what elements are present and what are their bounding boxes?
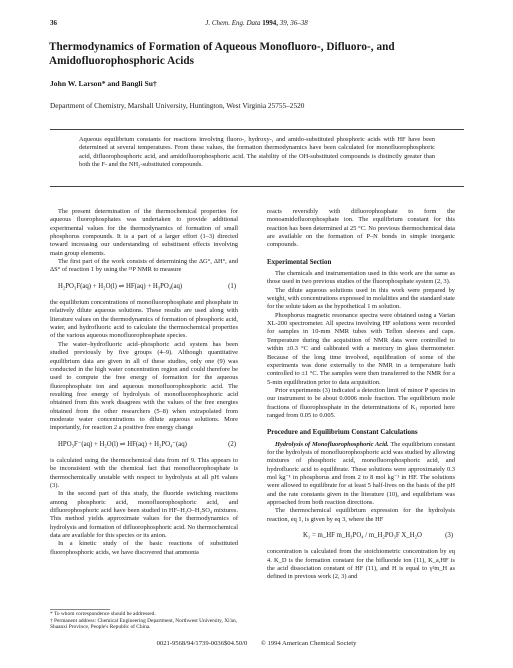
runin-heading: Hydrolysis of Monofluorophosphoric Acid. xyxy=(275,441,389,448)
equation-1: H₂PO₃F(aq) + H₂O(l) ⇌ HF(aq) + H₃PO₄(aq)… xyxy=(58,283,238,291)
paragraph: The present determination of the thermoc… xyxy=(50,208,238,258)
paragraph: The thermochemical equilibrium expressio… xyxy=(267,507,455,524)
footnote-permanent-address: † Permanent address: Chemical Engineerin… xyxy=(50,618,238,631)
paragraph: reacts reversibly with difluorophosphate… xyxy=(267,208,455,250)
journal-header: J. Chem. Eng. Data 1994, 39, 36–38 xyxy=(0,19,513,27)
authors: John W. Larson* and Bangli Su† xyxy=(50,79,157,88)
equation-number: (1) xyxy=(228,283,238,291)
paragraph: The first part of the work consists of d… xyxy=(50,258,238,275)
section-heading-procedure: Procedure and Equilibrium Constant Calcu… xyxy=(267,428,455,436)
left-column: The present determination of the thermoc… xyxy=(50,208,238,557)
abstract-bottom-rule xyxy=(50,186,464,187)
page-footer: 0021-9568/94/1739-0036$04.50/0 © 1994 Am… xyxy=(0,640,513,647)
journal-volume-pages: 39, 36–38 xyxy=(280,19,308,27)
article-title: Thermodynamics of Formation of Aqueous M… xyxy=(49,41,469,68)
paragraph-text: The equilibrium constant for the hydroly… xyxy=(267,441,455,506)
equation-body: H₂PO₃F(aq) + H₂O(l) ⇌ HF(aq) + H₃PO₄(aq) xyxy=(58,283,182,291)
abstract-top-rule xyxy=(50,129,464,130)
paragraph: the equilibrium concentrations of monofl… xyxy=(50,299,238,341)
abstract: Aqueous equilibrium constants for reacti… xyxy=(79,136,435,170)
paragraph: The dilute aqueous solutions used in thi… xyxy=(267,287,455,312)
journal-name: J. Chem. Eng. Data xyxy=(205,19,260,27)
right-column: reacts reversibly with difluorophosphate… xyxy=(267,208,455,582)
equation-number: (2) xyxy=(228,441,238,449)
equation-3: K₁ = m_HF m_H₃PO₄ / m_H₂PO₃F X_H₂O (3) xyxy=(275,532,455,540)
paragraph: concentration is calculated from the sto… xyxy=(267,548,455,581)
equation-number: (3) xyxy=(445,532,455,540)
paragraph: In the second part of this study, the fl… xyxy=(50,490,238,540)
section-heading-experimental: Experimental Section xyxy=(267,258,455,266)
copyright: © 1994 American Chemical Society xyxy=(261,640,356,647)
equation-body: HPO₃F⁻(aq) + H₂O(l) ⇌ HF(aq) + H₂PO₄⁻(aq… xyxy=(58,441,187,449)
paragraph: is calculated using the thermochemical d… xyxy=(50,457,238,490)
paragraph: Hydrolysis of Monofluorophosphoric Acid.… xyxy=(267,441,455,508)
footnote-correspondence: * To whom correspondence should be addre… xyxy=(50,611,238,618)
article-code: 0021-9568/94/1739-0036$04.50/0 xyxy=(157,640,248,647)
journal-year: 1994, xyxy=(262,19,278,27)
paragraph: In a kinetic study of the basic reaction… xyxy=(50,540,238,557)
affiliation: Department of Chemistry, Marshall Univer… xyxy=(50,101,304,110)
paragraph: The water–hydrofluoric acid–phosphoric a… xyxy=(50,341,238,433)
paragraph: Prior experiments (3) indicated a detect… xyxy=(267,387,455,420)
equation-body: K₁ = m_HF m_H₃PO₄ / m_H₂PO₃F X_H₂O xyxy=(275,532,422,540)
footnote-rule xyxy=(50,609,110,610)
equation-2: HPO₃F⁻(aq) + H₂O(l) ⇌ HF(aq) + H₂PO₄⁻(aq… xyxy=(58,441,238,449)
paragraph: The chemicals and instrumentation used i… xyxy=(267,270,455,287)
paragraph: Phosphorus magnetic resonance spectra we… xyxy=(267,312,455,387)
footnotes: * To whom correspondence should be addre… xyxy=(50,611,238,631)
